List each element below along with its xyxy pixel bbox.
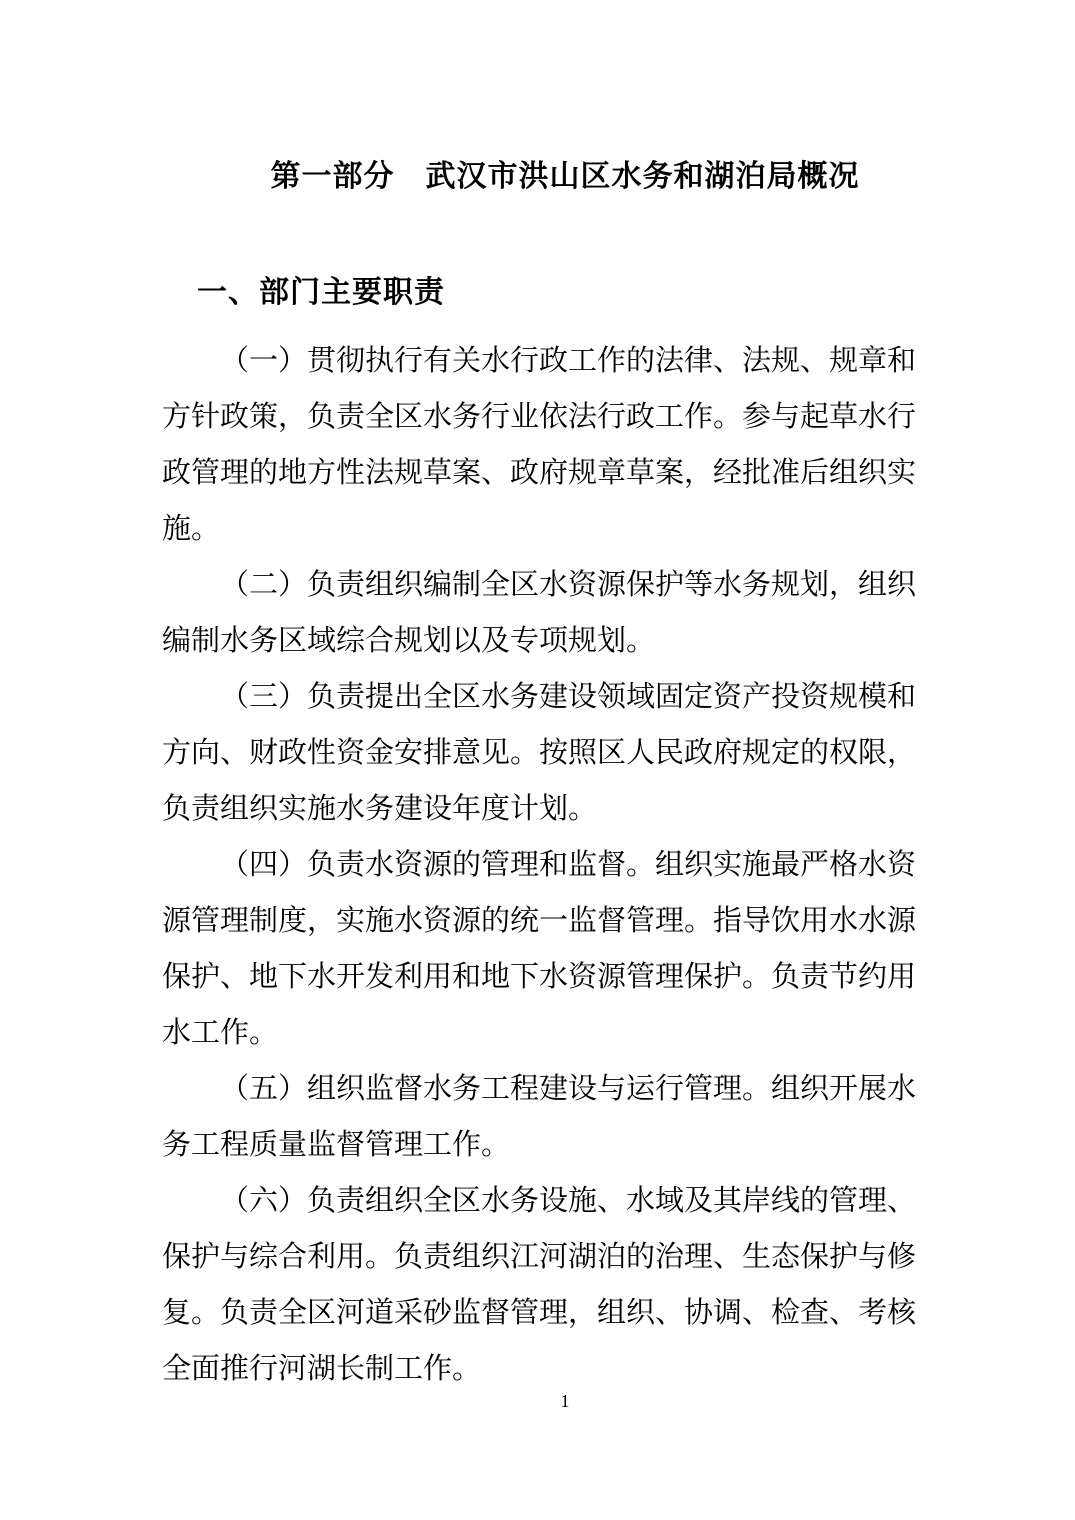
- paragraph: （五）组织监督水务工程建设与运行管理。组织开展水务工程质量监督管理工作。: [162, 1061, 916, 1173]
- paragraph: （三）负责提出全区水务建设领域固定资产投资规模和方向、财政性资金安排意见。按照区…: [162, 669, 916, 837]
- document-page: 第一部分 武汉市洪山区水务和湖泊局概况 一、部门主要职责 （一）贯彻执行有关水行…: [0, 0, 1075, 1520]
- document-body: （一）贯彻执行有关水行政工作的法律、法规、规章和方针政策，负责全区水务行业依法行…: [162, 333, 916, 1397]
- section-heading: 一、部门主要职责: [197, 274, 445, 312]
- paragraph: （一）贯彻执行有关水行政工作的法律、法规、规章和方针政策，负责全区水务行业依法行…: [162, 333, 916, 557]
- paragraph: （四）负责水资源的管理和监督。组织实施最严格水资源管理制度，实施水资源的统一监督…: [162, 837, 916, 1061]
- paragraph: （二）负责组织编制全区水资源保护等水务规划，组织编制水务区域综合规划以及专项规划…: [162, 557, 916, 669]
- document-title: 第一部分 武汉市洪山区水务和湖泊局概况: [162, 156, 916, 198]
- paragraph: （六）负责组织全区水务设施、水域及其岸线的管理、保护与综合利用。负责组织江河湖泊…: [162, 1173, 916, 1397]
- page-number: 1: [162, 1390, 916, 1412]
